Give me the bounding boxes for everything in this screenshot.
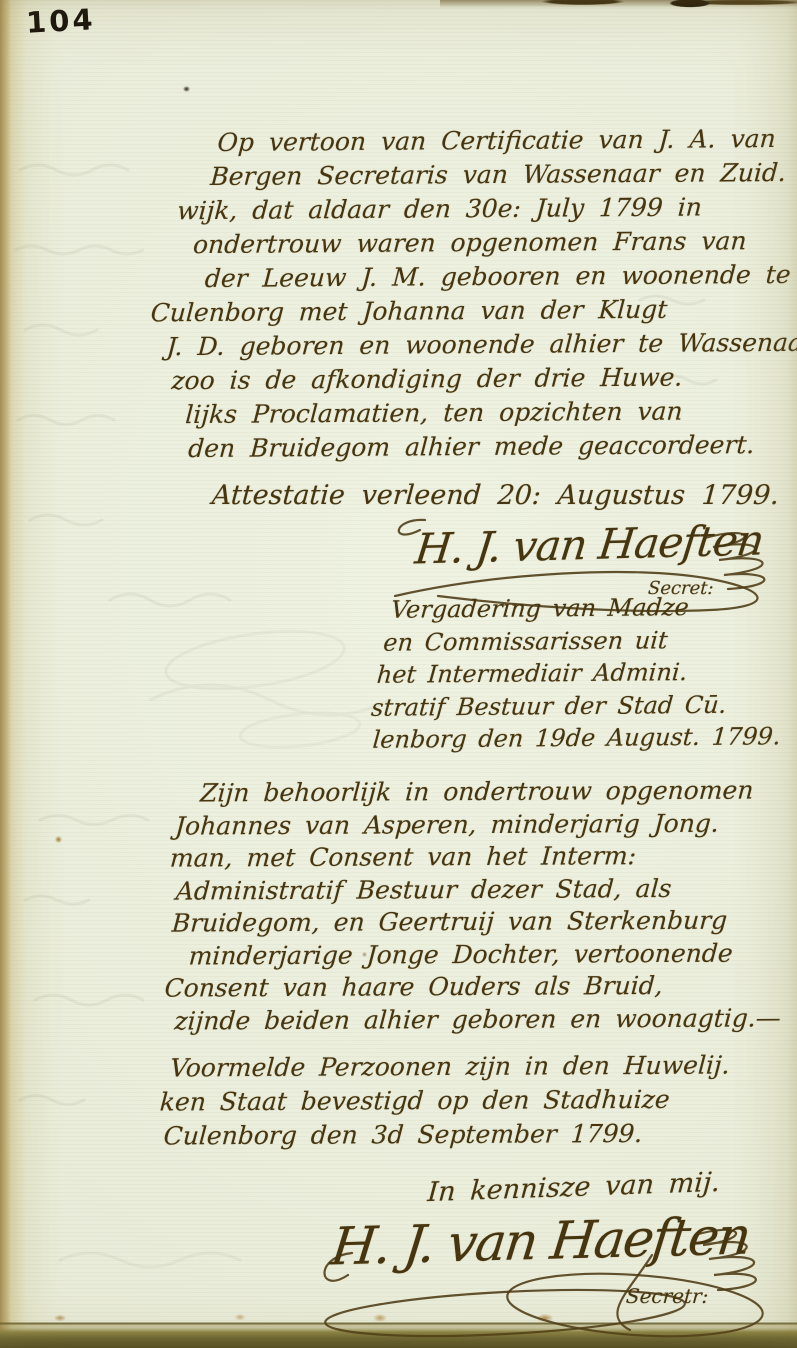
handwritten-line: lenborg den 19de August. 1799. (371, 720, 781, 756)
handwritten-line: en Commissarissen uit (382, 623, 789, 659)
handwritten-line: Voormelde Perzoonen zijn in den Huwelij. (169, 1049, 731, 1086)
meeting-note: Vergadering van Madze en Commissarissen … (379, 590, 792, 756)
page-binding-edge (0, 0, 14, 1348)
ink-speck (183, 86, 190, 92)
paragraph-certificate: Op vertoon van Certificatie van J. A. va… (149, 122, 797, 467)
handwritten-line: zoo is de afkondiging der drie Huwe. (170, 360, 797, 398)
manuscript-page: 104 Op vertoon van Certificatie van J. A… (0, 0, 797, 1348)
handwritten-line: ken Staat bevestigd op den Stadhuize (159, 1083, 729, 1120)
handwritten-line: zijnde beiden alhier geboren en woonagti… (173, 1002, 781, 1038)
page-number: 104 (25, 2, 96, 40)
signature-name: H. J. van Haeften (328, 1207, 752, 1278)
handwritten-line: Johannes van Asperen, minderjarig Jong. (174, 807, 794, 843)
handwritten-line: Bruidegom, en Geertruij van Sterkenburg (171, 904, 788, 940)
handwritten-line: J. D. geboren en woonende alhier te Wass… (166, 326, 797, 365)
page-top-edge (440, 0, 797, 8)
paragraph-marriage: Voormelde Perzoonen zijn in den Huwelij.… (155, 1049, 731, 1154)
paragraph-betrothal: Zijn behoorlijk in ondertrouw opgenomen … (151, 774, 796, 1037)
handwritten-line: Consent van haare Ouders als Bruid, (164, 969, 784, 1005)
handwritten-line: Vergadering van Madze (390, 590, 792, 626)
handwritten-line: den Bruidegom alhier mede geaccordeert. (187, 428, 797, 466)
handwritten-line: wijk, dat aldaar den 30e: July 1799 in (176, 190, 797, 229)
attestation-line: Attestatie verleend 20: Augustus 1799. (211, 480, 780, 511)
handwritten-line: Bergen Secretaris van Wassenaar en Zuid. (209, 156, 797, 194)
handwritten-line: man, met Consent van het Interm: (169, 839, 792, 875)
handwritten-line: Op vertoon van Certificatie van J. A. va… (216, 122, 797, 160)
handwritten-line: Zijn behoorlijk in ondertrouw opgenomen (199, 774, 796, 810)
handwritten-line: minderjarige Jonge Dochter, vertoonende (188, 937, 786, 973)
handwritten-line: ondertrouw waren opgenomen Frans van (192, 224, 797, 262)
handwritten-line: der Leeuw J. M. gebooren en woonende te (204, 258, 797, 296)
handwritten-line: Culenborg met Johanna van der Klugt (150, 292, 797, 331)
signature-title: Secretr: (625, 1284, 709, 1308)
page-bottom-edge (0, 1320, 797, 1348)
handwritten-line: het Intermediair Admini. (376, 655, 787, 691)
signature-name: H. J. van Haeften (413, 515, 766, 573)
handwritten-line: lijks Proclamatien, ten opzichten van (184, 394, 797, 432)
handwritten-line: stratif Bestuur der Stad Cū. (370, 688, 784, 724)
handwritten-line: Administratif Bestuur dezer Stad, als (175, 872, 790, 908)
handwritten-line: Culenborg den 3d September 1799. (163, 1117, 727, 1154)
paper-stain (55, 836, 62, 843)
